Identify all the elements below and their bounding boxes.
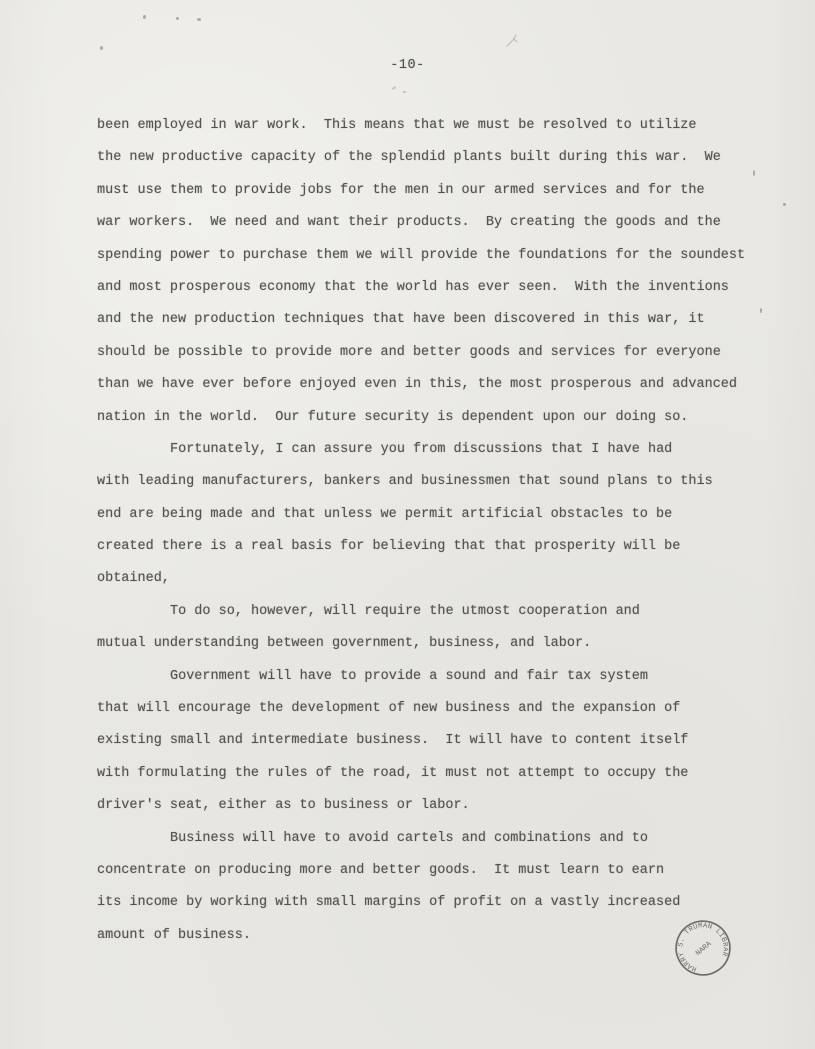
text-line: amount of business.	[97, 920, 755, 952]
text-line: spending power to purchase them we will …	[97, 240, 755, 272]
text-line: its income by working with small margins…	[97, 887, 755, 919]
text-line: Government will have to provide a sound …	[97, 661, 755, 693]
text-line: end are being made and that unless we pe…	[97, 499, 755, 531]
text-line: with formulating the rules of the road, …	[97, 758, 755, 790]
pencil-mark	[392, 86, 396, 90]
scan-speck	[753, 170, 755, 176]
text-line: must use them to provide jobs for the me…	[97, 175, 755, 207]
scan-speck	[143, 15, 146, 19]
text-line: should be possible to provide more and b…	[97, 337, 755, 369]
truman-library-nara-stamp: HARRY S. TRUMAN LIBRARY NARA	[672, 917, 734, 979]
text-line: To do so, however, will require the utmo…	[97, 596, 755, 628]
text-line: war workers. We need and want their prod…	[97, 207, 755, 239]
text-line: with leading manufacturers, bankers and …	[97, 466, 755, 498]
stamp-center-text: NARA	[695, 940, 714, 958]
scan-speck	[783, 203, 786, 206]
text-line: nation in the world. Our future security…	[97, 402, 755, 434]
scan-speck	[176, 17, 179, 20]
pencil-check-mark	[505, 33, 523, 49]
pencil-mark	[403, 91, 406, 93]
document-page: -10- been employed in war work. This mea…	[0, 0, 815, 1049]
text-line: existing small and intermediate business…	[97, 725, 755, 757]
document-body: been employed in war work. This means th…	[0, 110, 815, 952]
text-line: concentrate on producing more and better…	[97, 855, 755, 887]
text-line: that will encourage the development of n…	[97, 693, 755, 725]
scan-speck	[760, 308, 762, 313]
text-line: than we have ever before enjoyed even in…	[97, 369, 755, 401]
text-line: Business will have to avoid cartels and …	[97, 823, 755, 855]
page-number: -10-	[0, 0, 815, 74]
scan-speck	[197, 18, 201, 21]
text-line: the new productive capacity of the splen…	[97, 142, 755, 174]
text-line: driver's seat, either as to business or …	[97, 790, 755, 822]
text-line: been employed in war work. This means th…	[97, 110, 755, 142]
text-line: created there is a real basis for believ…	[97, 531, 755, 563]
text-line: Fortunately, I can assure you from discu…	[97, 434, 755, 466]
text-line: and most prosperous economy that the wor…	[97, 272, 755, 304]
text-line: obtained,	[97, 563, 755, 595]
text-line: mutual understanding between government,…	[97, 628, 755, 660]
text-line: and the new production techniques that h…	[97, 304, 755, 336]
scan-speck	[100, 46, 103, 50]
